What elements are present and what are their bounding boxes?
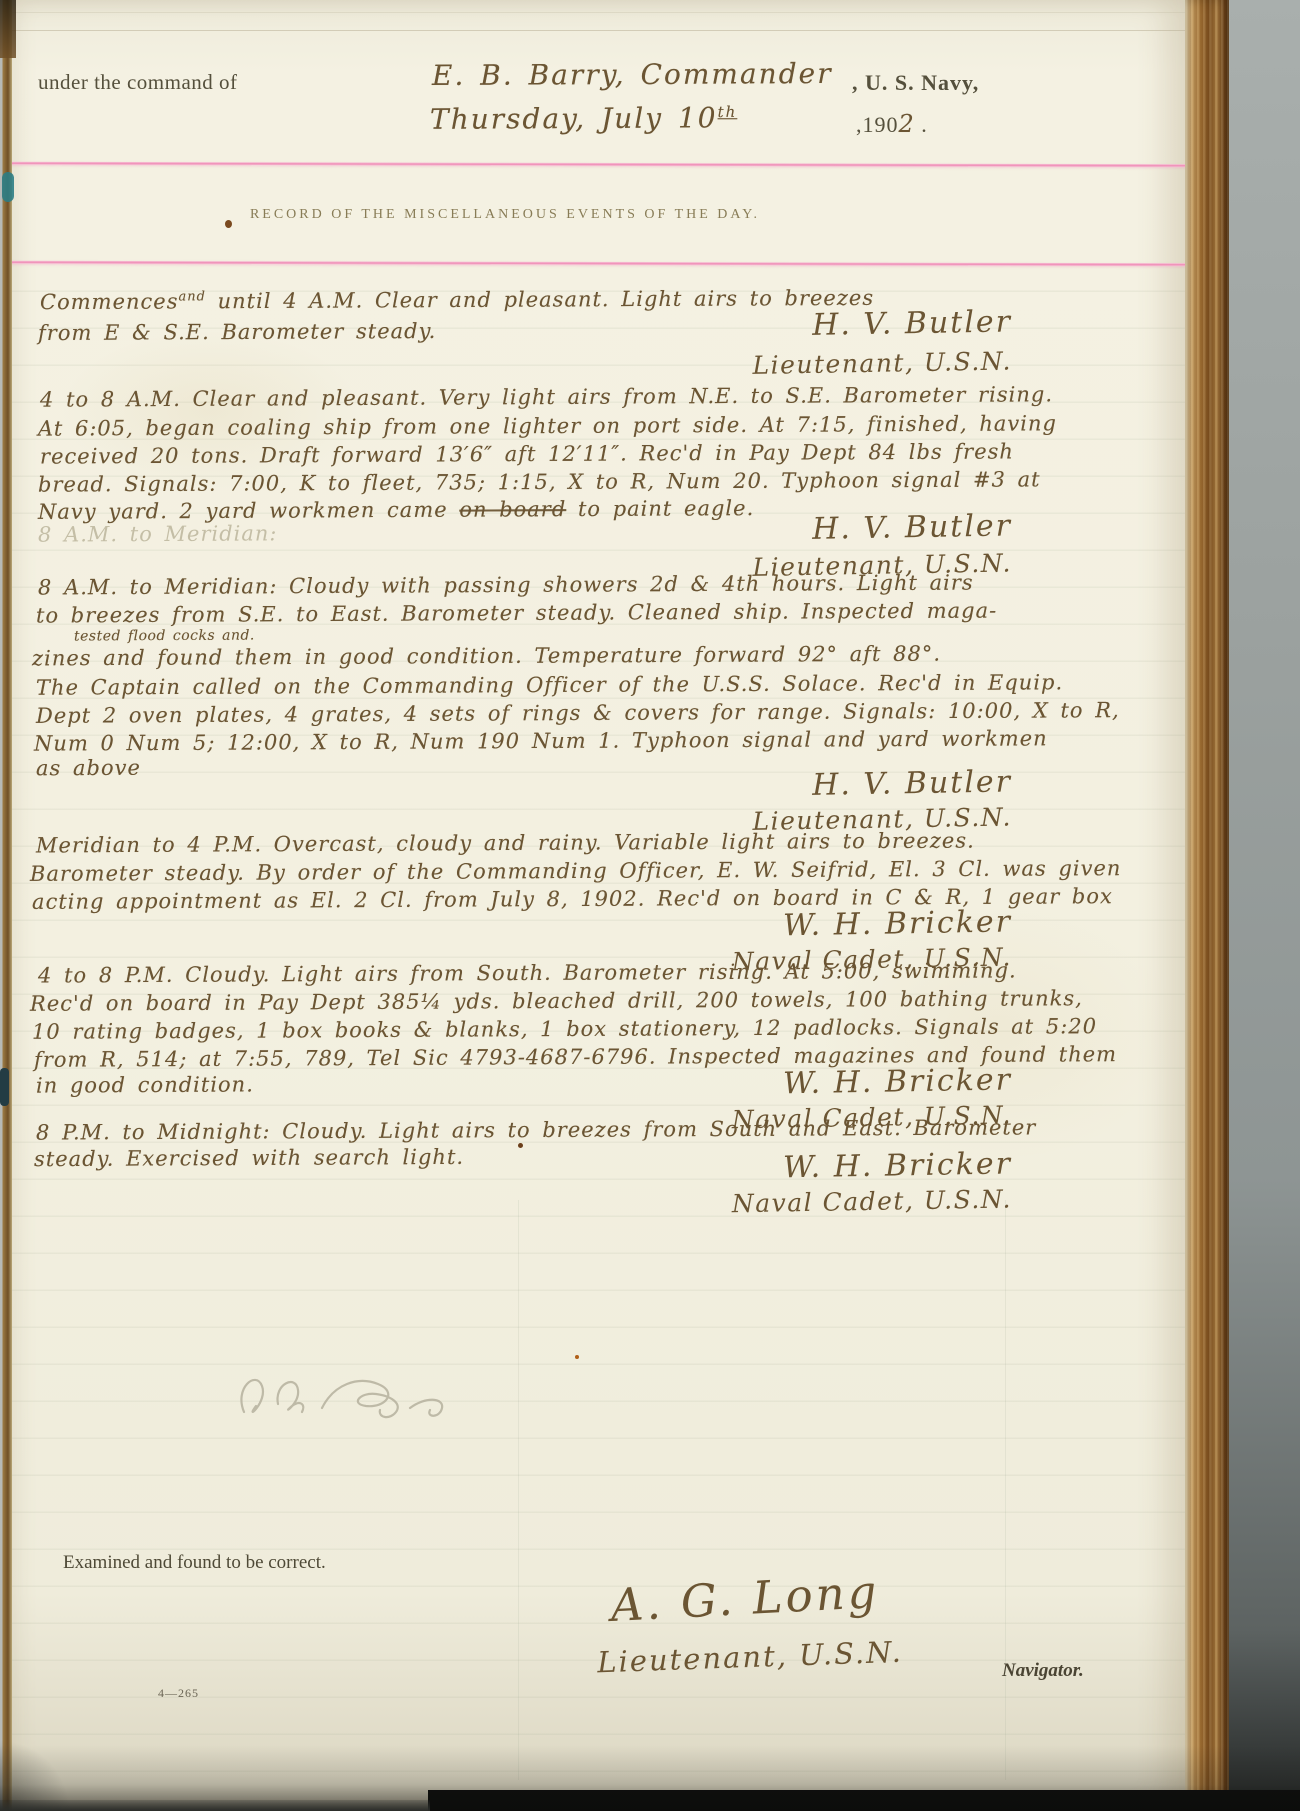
paper-crease: [518, 1200, 519, 1780]
watch-officer-signature: H. V. Butler: [600, 304, 1013, 346]
log-line: as above: [36, 756, 141, 781]
left-binding-edge: [0, 0, 12, 1811]
page-top-edge-line: [10, 30, 1185, 31]
commander-signature-script: E. B. Barry, Commander: [432, 57, 833, 92]
teal-ink-mark: [2, 172, 14, 202]
struck-text: on board: [459, 497, 566, 522]
log-text: Navy yard. 2 yard workmen came: [38, 498, 459, 524]
date-script: Thursday, July 10th: [430, 101, 737, 136]
watch-officer-signature: H. V. Butler: [600, 764, 1013, 806]
section-title: RECORD OF THE MISCELLANEOUS EVENTS OF TH…: [0, 207, 1010, 223]
printed-navigator-label: Navigator.: [1002, 1660, 1084, 1682]
log-line: steady. Exercised with search light.: [34, 1145, 464, 1171]
log-line: to breezes from S.E. to East. Barometer …: [36, 598, 997, 627]
log-line: in good condition.: [36, 1072, 254, 1097]
printed-us-navy-label: , U. S. Navy,: [852, 70, 979, 96]
faint-ghost-line: 8 A.M. to Meridian:: [38, 521, 278, 546]
log-line: Meridian to 4 P.M. Overcast, cloudy and …: [36, 829, 975, 858]
printed-command-label: under the command of: [38, 70, 238, 95]
interline-insertion: tested flood cocks and.: [74, 628, 255, 645]
year-script-digit: 2: [899, 110, 915, 138]
corner-shadow: [0, 0, 16, 58]
log-line: 4 to 8 P.M. Cloudy. Light airs from Sout…: [38, 958, 1017, 987]
pencil-scribble: [230, 1368, 490, 1433]
ink-speck: [575, 1355, 579, 1359]
log-line: zines and found them in good condition. …: [32, 642, 941, 671]
watch-officer-signature: H. V. Butler: [600, 508, 1013, 550]
date-ordinal-suffix: th: [717, 103, 737, 121]
log-line: from E & S.E. Barometer steady.: [38, 319, 436, 345]
form-number: 4—265: [158, 1686, 199, 1701]
year-printed-digits: ,190: [856, 112, 899, 137]
log-line: 8 A.M. to Meridian: Cloudy with passing …: [38, 571, 974, 600]
log-text: Commences: [40, 289, 179, 314]
scan-bottom-edge: [0, 1800, 430, 1811]
examined-note: Examined and found to be correct.: [63, 1552, 326, 1574]
log-line: received 20 tons. Draft forward 13′6″ af…: [40, 439, 1014, 468]
watch-officer-signature: W. H. Bricker: [600, 904, 1013, 946]
book-page-edge-streaks: [1185, 0, 1229, 1811]
date-text: Thursday, July 10: [430, 101, 718, 136]
dark-edge-mark: [0, 1068, 9, 1106]
watch-officer-signature: W. H. Bricker: [600, 1146, 1013, 1188]
scan-black-bar: [428, 1790, 1300, 1811]
inserted-word: and: [178, 289, 206, 304]
ship-log-page-scan: under the command of E. B. Barry, Comman…: [0, 0, 1300, 1811]
watch-officer-signature: W. H. Bricker: [600, 1062, 1013, 1104]
ink-speck: [518, 1143, 523, 1148]
ink-speck: [225, 220, 232, 228]
year-period: .: [921, 112, 928, 137]
page-top-edge-line: [10, 12, 1185, 13]
paper-crease: [1005, 1200, 1006, 1780]
printed-year-label: ,1902 .: [856, 110, 928, 138]
